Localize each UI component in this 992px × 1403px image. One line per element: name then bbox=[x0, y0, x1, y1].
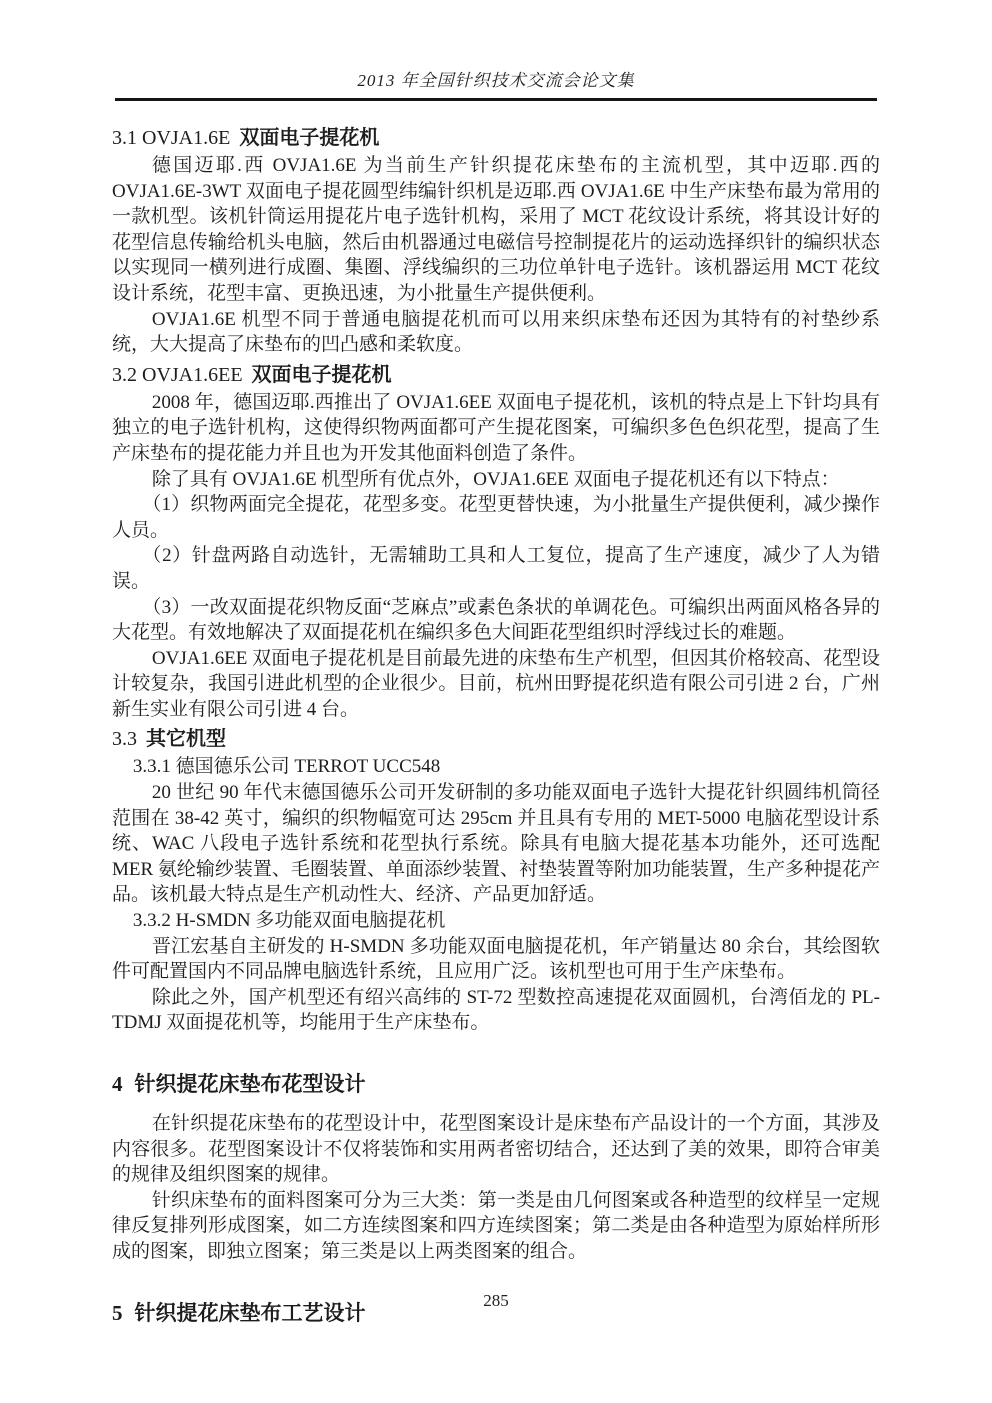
section-3-3-1-heading: 3.3.1 德国德乐公司 TERROT UCC548 bbox=[112, 754, 880, 780]
section-4-number: 4 bbox=[112, 1072, 123, 1096]
section-3-3-2-paragraph-1: 晋江宏基自主研发的 H-SMDN 多功能双面电脑提花机，年产销量达 80 余台，… bbox=[112, 934, 880, 985]
section-3-1-heading: 3.1 OVJA1.6E双面电子提花机 bbox=[112, 125, 880, 151]
section-3-2-list-item-3: （3）一改双面提花织物反面“芝麻点”或素色条状的单调花色。可编织出两面风格各异的… bbox=[112, 595, 880, 646]
section-3-2-list-item-2: （2）针盘两路自动选针，无需辅助工具和人工复位，提高了生产速度，减少了人为错误。 bbox=[112, 543, 880, 594]
section-3-2-number: 3.2 OVJA1.6EE bbox=[112, 364, 243, 386]
section-3-2-list-item-1: （1）织物两面完全提花，花型多变。花型更替快速，为小批量生产提供便利，减少操作人… bbox=[112, 492, 880, 543]
section-3-1-number: 3.1 OVJA1.6E bbox=[112, 127, 230, 149]
section-4-paragraph-1: 在针织提花床垫布的花型设计中，花型图案设计是床垫布产品设计的一个方面，其涉及内容… bbox=[112, 1111, 880, 1188]
running-header-title: 2013 年全国针织技术交流会论文集 bbox=[0, 0, 992, 91]
page-number: 285 bbox=[0, 1291, 992, 1311]
section-3-3-number: 3.3 bbox=[112, 728, 137, 750]
section-3-2-paragraph-3: OVJA1.6EE 双面电子提花机是目前最先进的床垫布生产机型，但因其价格较高、… bbox=[112, 646, 880, 723]
section-3-2-title: 双面电子提花机 bbox=[252, 364, 392, 386]
section-3-1-title: 双面电子提花机 bbox=[239, 127, 379, 149]
section-3-2-heading: 3.2 OVJA1.6EE双面电子提花机 bbox=[112, 362, 880, 388]
paper-page: 2013 年全国针织技术交流会论文集 3.1 OVJA1.6E双面电子提花机 德… bbox=[0, 0, 992, 1403]
section-4-title: 针织提花床垫布花型设计 bbox=[135, 1073, 366, 1096]
section-4-heading: 4针织提花床垫布花型设计 bbox=[112, 1070, 880, 1099]
section-3-3-title: 其它机型 bbox=[146, 728, 226, 750]
header-rule bbox=[115, 98, 877, 101]
section-3-1-paragraph-1: 德国迈耶.西 OVJA1.6E 为当前生产针织提花床垫布的主流机型，其中迈耶.西… bbox=[112, 153, 880, 307]
section-3-3-2-heading: 3.3.2 H-SMDN 多功能双面电脑提花机 bbox=[112, 908, 880, 934]
section-3-3-2-paragraph-2: 除此之外，国产机型还有绍兴高纬的 ST-72 型数控高速提花双面圆机，台湾佰龙的… bbox=[112, 985, 880, 1036]
section-3-3-heading: 3.3其它机型 bbox=[112, 726, 880, 752]
section-3-3-1-paragraph-1: 20 世纪 90 年代末德国德乐公司开发研制的多功能双面电子选针大提花针织圆纬机… bbox=[112, 780, 880, 908]
section-3-2-paragraph-1: 2008 年，德国迈耶.西推出了 OVJA1.6EE 双面电子提花机，该机的特点… bbox=[112, 390, 880, 467]
paper-body: 3.1 OVJA1.6E双面电子提花机 德国迈耶.西 OVJA1.6E 为当前生… bbox=[112, 125, 880, 1328]
section-4-paragraph-2: 针织床垫布的面料图案可分为三大类：第一类是由几何图案或各种造型的纹样呈一定规律反… bbox=[112, 1188, 880, 1265]
section-3-1-paragraph-2: OVJA1.6E 机型不同于普通电脑提花机而可以用来织床垫布还因为其特有的衬垫纱… bbox=[112, 307, 880, 358]
section-3-2-paragraph-2: 除了具有 OVJA1.6E 机型所有优点外，OVJA1.6EE 双面电子提花机还… bbox=[112, 467, 880, 493]
